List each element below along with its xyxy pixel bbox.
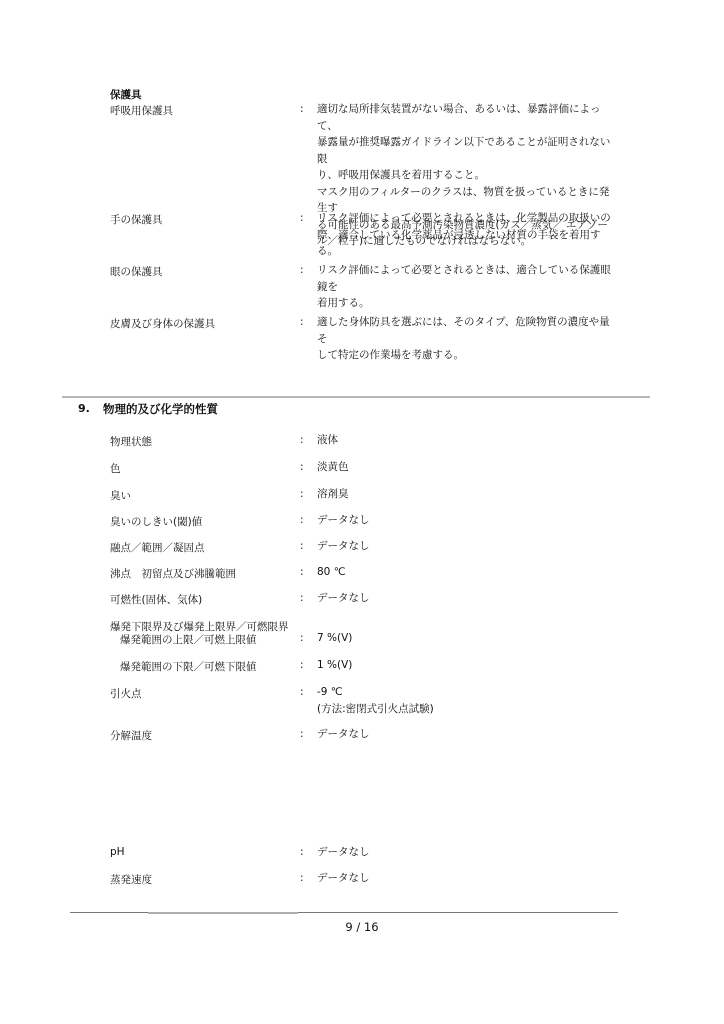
flash-point-temperature: -9 ℃	[317, 684, 617, 701]
colon: :	[300, 434, 304, 446]
colon: :	[300, 846, 304, 858]
value-line: 適した身体防具を選ぶには、そのタイプ、危険物質の濃度や量そ	[317, 314, 617, 347]
colon: :	[300, 316, 304, 328]
property-label-lower-explosive-limit: 爆発範囲の下限／可燃下限値	[120, 659, 257, 674]
colon: :	[300, 872, 304, 884]
value-line: リスク評価によって必要とされるときは、適合している保護眼鏡を	[317, 262, 617, 295]
colon: :	[300, 514, 304, 526]
eye-protection-value: リスク評価によって必要とされるときは、適合している保護眼鏡を 着用する。	[317, 262, 617, 312]
value-line: 際、適合している化学薬品が浸透しない材質の手袋を着用する。	[317, 227, 617, 260]
colon: :	[300, 686, 304, 698]
property-label-color: 色	[110, 461, 121, 476]
section-number: 9.	[78, 402, 90, 415]
respiratory-protection-label: 呼吸用保護具	[110, 103, 173, 118]
colon: :	[300, 461, 304, 473]
hand-protection-value: リスク評価によって必要とされるときは、化学製品の取扱いの 際、適合している化学薬…	[317, 210, 617, 260]
footer-divider-highlight	[148, 912, 298, 914]
colon: :	[300, 592, 304, 604]
flash-point-method: (方法:密閉式引火点試験)	[317, 701, 617, 718]
section-title: 物理的及び化学的性質	[103, 401, 218, 417]
colon: :	[300, 566, 304, 578]
colon: :	[300, 212, 304, 224]
property-label-odor: 臭い	[110, 488, 131, 503]
property-value-melting-point: データなし	[317, 538, 617, 555]
value-line: して特定の作業場を考慮する。	[317, 347, 617, 364]
property-value-odor: 溶剤臭	[317, 486, 617, 503]
value-line: 着用する。	[317, 295, 617, 312]
property-value-evaporation-rate: データなし	[317, 870, 617, 887]
property-label-melting-point: 融点／範囲／凝固点	[110, 540, 205, 555]
value-line: 適切な局所排気装置がない場合、あるいは、暴露評価によって、	[317, 101, 617, 134]
skin-body-protection-label: 皮膚及び身体の保護具	[110, 316, 215, 331]
colon: :	[300, 103, 304, 115]
hand-protection-label: 手の保護具	[110, 212, 163, 227]
property-value-physical-state: 液体	[317, 432, 617, 449]
value-line: リスク評価によって必要とされるときは、化学製品の取扱いの	[317, 210, 617, 227]
property-value-odor-threshold: データなし	[317, 512, 617, 529]
colon: :	[300, 540, 304, 552]
page-number: 9 / 16	[0, 920, 724, 934]
property-label-evaporation-rate: 蒸発速度	[110, 872, 152, 887]
property-label-flammability: 可燃性(固体、気体)	[110, 592, 202, 607]
colon: :	[300, 632, 304, 644]
protective-equipment-heading: 保護具	[110, 87, 142, 102]
property-label-upper-explosive-limit: 爆発範囲の上限／可燃上限値	[120, 632, 257, 647]
property-label-boiling-point: 沸点 初留点及び沸騰範囲	[110, 566, 236, 581]
property-value-lower-explosive-limit: 1 %(V)	[317, 657, 617, 674]
property-value-ph: データなし	[317, 844, 617, 861]
skin-body-protection-value: 適した身体防具を選ぶには、そのタイプ、危険物質の濃度や量そ して特定の作業場を考…	[317, 314, 617, 364]
property-label-flash-point: 引火点	[110, 686, 142, 701]
colon: :	[300, 659, 304, 671]
property-value-flammability: データなし	[317, 590, 617, 607]
property-value-color: 淡黄色	[317, 459, 617, 476]
value-line: 暴露量が推奨曝露ガイドライン以下であることが証明されない限	[317, 134, 617, 167]
section-divider	[62, 396, 650, 398]
property-label-ph: pH	[110, 846, 125, 858]
property-value-upper-explosive-limit: 7 %(V)	[317, 630, 617, 647]
eye-protection-label: 眼の保護具	[110, 264, 163, 279]
property-value-boiling-point: 80 ℃	[317, 564, 617, 581]
property-label-physical-state: 物理状態	[110, 434, 152, 449]
value-line: り、呼吸用保護具を着用すること。	[317, 167, 617, 184]
property-label-decomposition-temp: 分解温度	[110, 728, 152, 743]
colon: :	[300, 264, 304, 276]
property-value-flash-point: -9 ℃ (方法:密閉式引火点試験)	[317, 684, 617, 717]
property-value-decomposition-temp: データなし	[317, 726, 617, 743]
colon: :	[300, 728, 304, 740]
property-label-odor-threshold: 臭いのしきい(閾)値	[110, 514, 202, 529]
colon: :	[300, 488, 304, 500]
